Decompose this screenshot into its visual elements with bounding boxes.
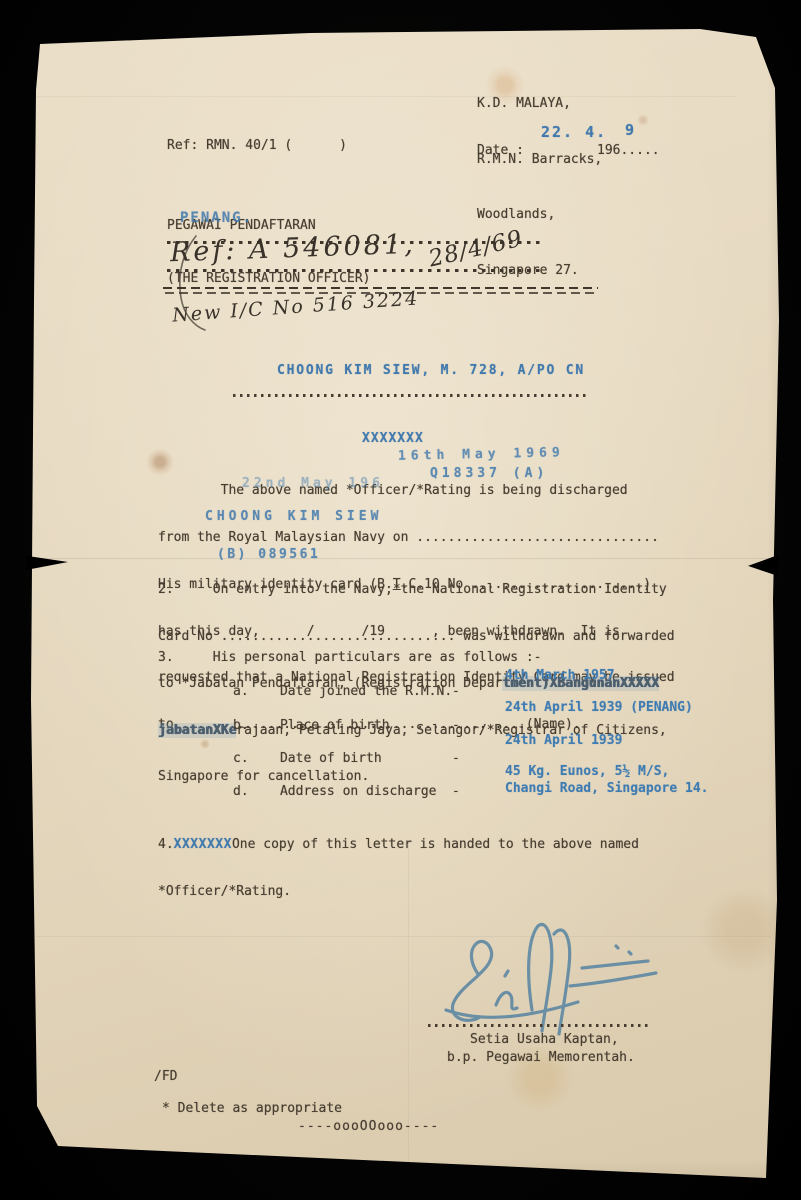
particulars-item-d-value2: Changi Road, Singapore 14. (505, 781, 709, 797)
paragraph-line: *Officer/*Rating. (158, 884, 639, 900)
stamp-year-digit: 9 (625, 121, 634, 139)
paragraph-line: 4.XXXXXXXOne copy of this letter is hand… (158, 837, 639, 853)
particulars-item-a-label: a. Date joined the R.M.N. (233, 684, 452, 700)
particulars-item-c-label: c. Date of birth (233, 751, 382, 767)
overstruck-text: jabatanXKe (158, 723, 236, 738)
date-label: Date : (477, 143, 524, 159)
sender-line: Woodlands, (477, 206, 602, 225)
date-year-blank: 196..... (597, 143, 660, 159)
particulars-item-b-dash: - (452, 718, 460, 734)
signature-line (428, 1024, 652, 1027)
particulars-item-c-dash: - (452, 751, 460, 767)
paragraph-line: Card No .............................. w… (158, 629, 675, 645)
particulars-item-a-dash: - (452, 684, 460, 700)
stamp-name: CHOONG KIM SIEW (205, 509, 382, 524)
crossout-stamp: XXXXXXX (174, 837, 232, 852)
signoff-bp: b.p. Pegawai Memorentah. (447, 1050, 635, 1066)
crossout-stamp: XXXXXXX (362, 431, 424, 446)
text-segment: One copy of this letter is handed to the… (232, 837, 639, 852)
paper-crease (36, 96, 736, 98)
subject-name-stamp: CHOONG KIM SIEW, M. 728, A/PO CN (277, 363, 585, 378)
particulars-item-d-dash: - (452, 784, 460, 800)
dashed-line (163, 287, 598, 289)
text-segment: 4. (158, 837, 174, 852)
particulars-item-d-value: 45 Kg. Eunos, 5½ M/S, (505, 764, 669, 780)
date-received-stamp: 22. 4. (541, 123, 607, 141)
particulars-heading: 3. His personal particulars are as follo… (158, 650, 542, 666)
particulars-item-b-label: b. Place of birth (233, 718, 390, 734)
stamp-card-number: Q18337 (A) (430, 466, 548, 481)
typist-initials: /FD (154, 1069, 177, 1085)
document-scan: K.D. MALAYA, R.M.N. Barracks, Woodlands,… (0, 0, 801, 1200)
paragraph-line: 2. On entry into the Navy,*the National … (158, 582, 675, 598)
struck-asterisk: * (393, 582, 401, 597)
particulars-item-c-value: 24th April 1939 (505, 733, 622, 749)
signoff-title: Setia Usaha Kaptan, (470, 1032, 619, 1048)
paragraph-line: from the Royal Malaysian Navy on .......… (158, 530, 675, 546)
delete-note: * Delete as appropriate (162, 1101, 342, 1117)
stamp-withdraw-date: 22nd May 196 (242, 476, 384, 491)
particulars-item-d-label: d. Address on discharge (233, 784, 437, 800)
text-segment: the National Registration Identity (401, 582, 667, 597)
dotted-line (233, 394, 587, 397)
paragraph-line: The above named *Officer/*Rating is bein… (158, 483, 675, 499)
ref-number-line: Ref: RMN. 40/1 ( ) (167, 138, 347, 154)
pen-stroke-loop (165, 228, 225, 338)
sender-line: K.D. MALAYA, (477, 95, 602, 114)
particulars-item-a-value: 4th March 1957 (505, 668, 615, 684)
particulars-item-b-value: 24th April 1939 (PENANG) (505, 700, 693, 716)
ornament: ----oooOOooo---- (298, 1119, 439, 1135)
sender-address-block: K.D. MALAYA, R.M.N. Barracks, Woodlands,… (477, 58, 602, 317)
penang-stamp: PENANG. (180, 210, 253, 226)
signature (420, 912, 680, 1042)
text-segment: 2. On entry into the Navy, (158, 582, 393, 597)
